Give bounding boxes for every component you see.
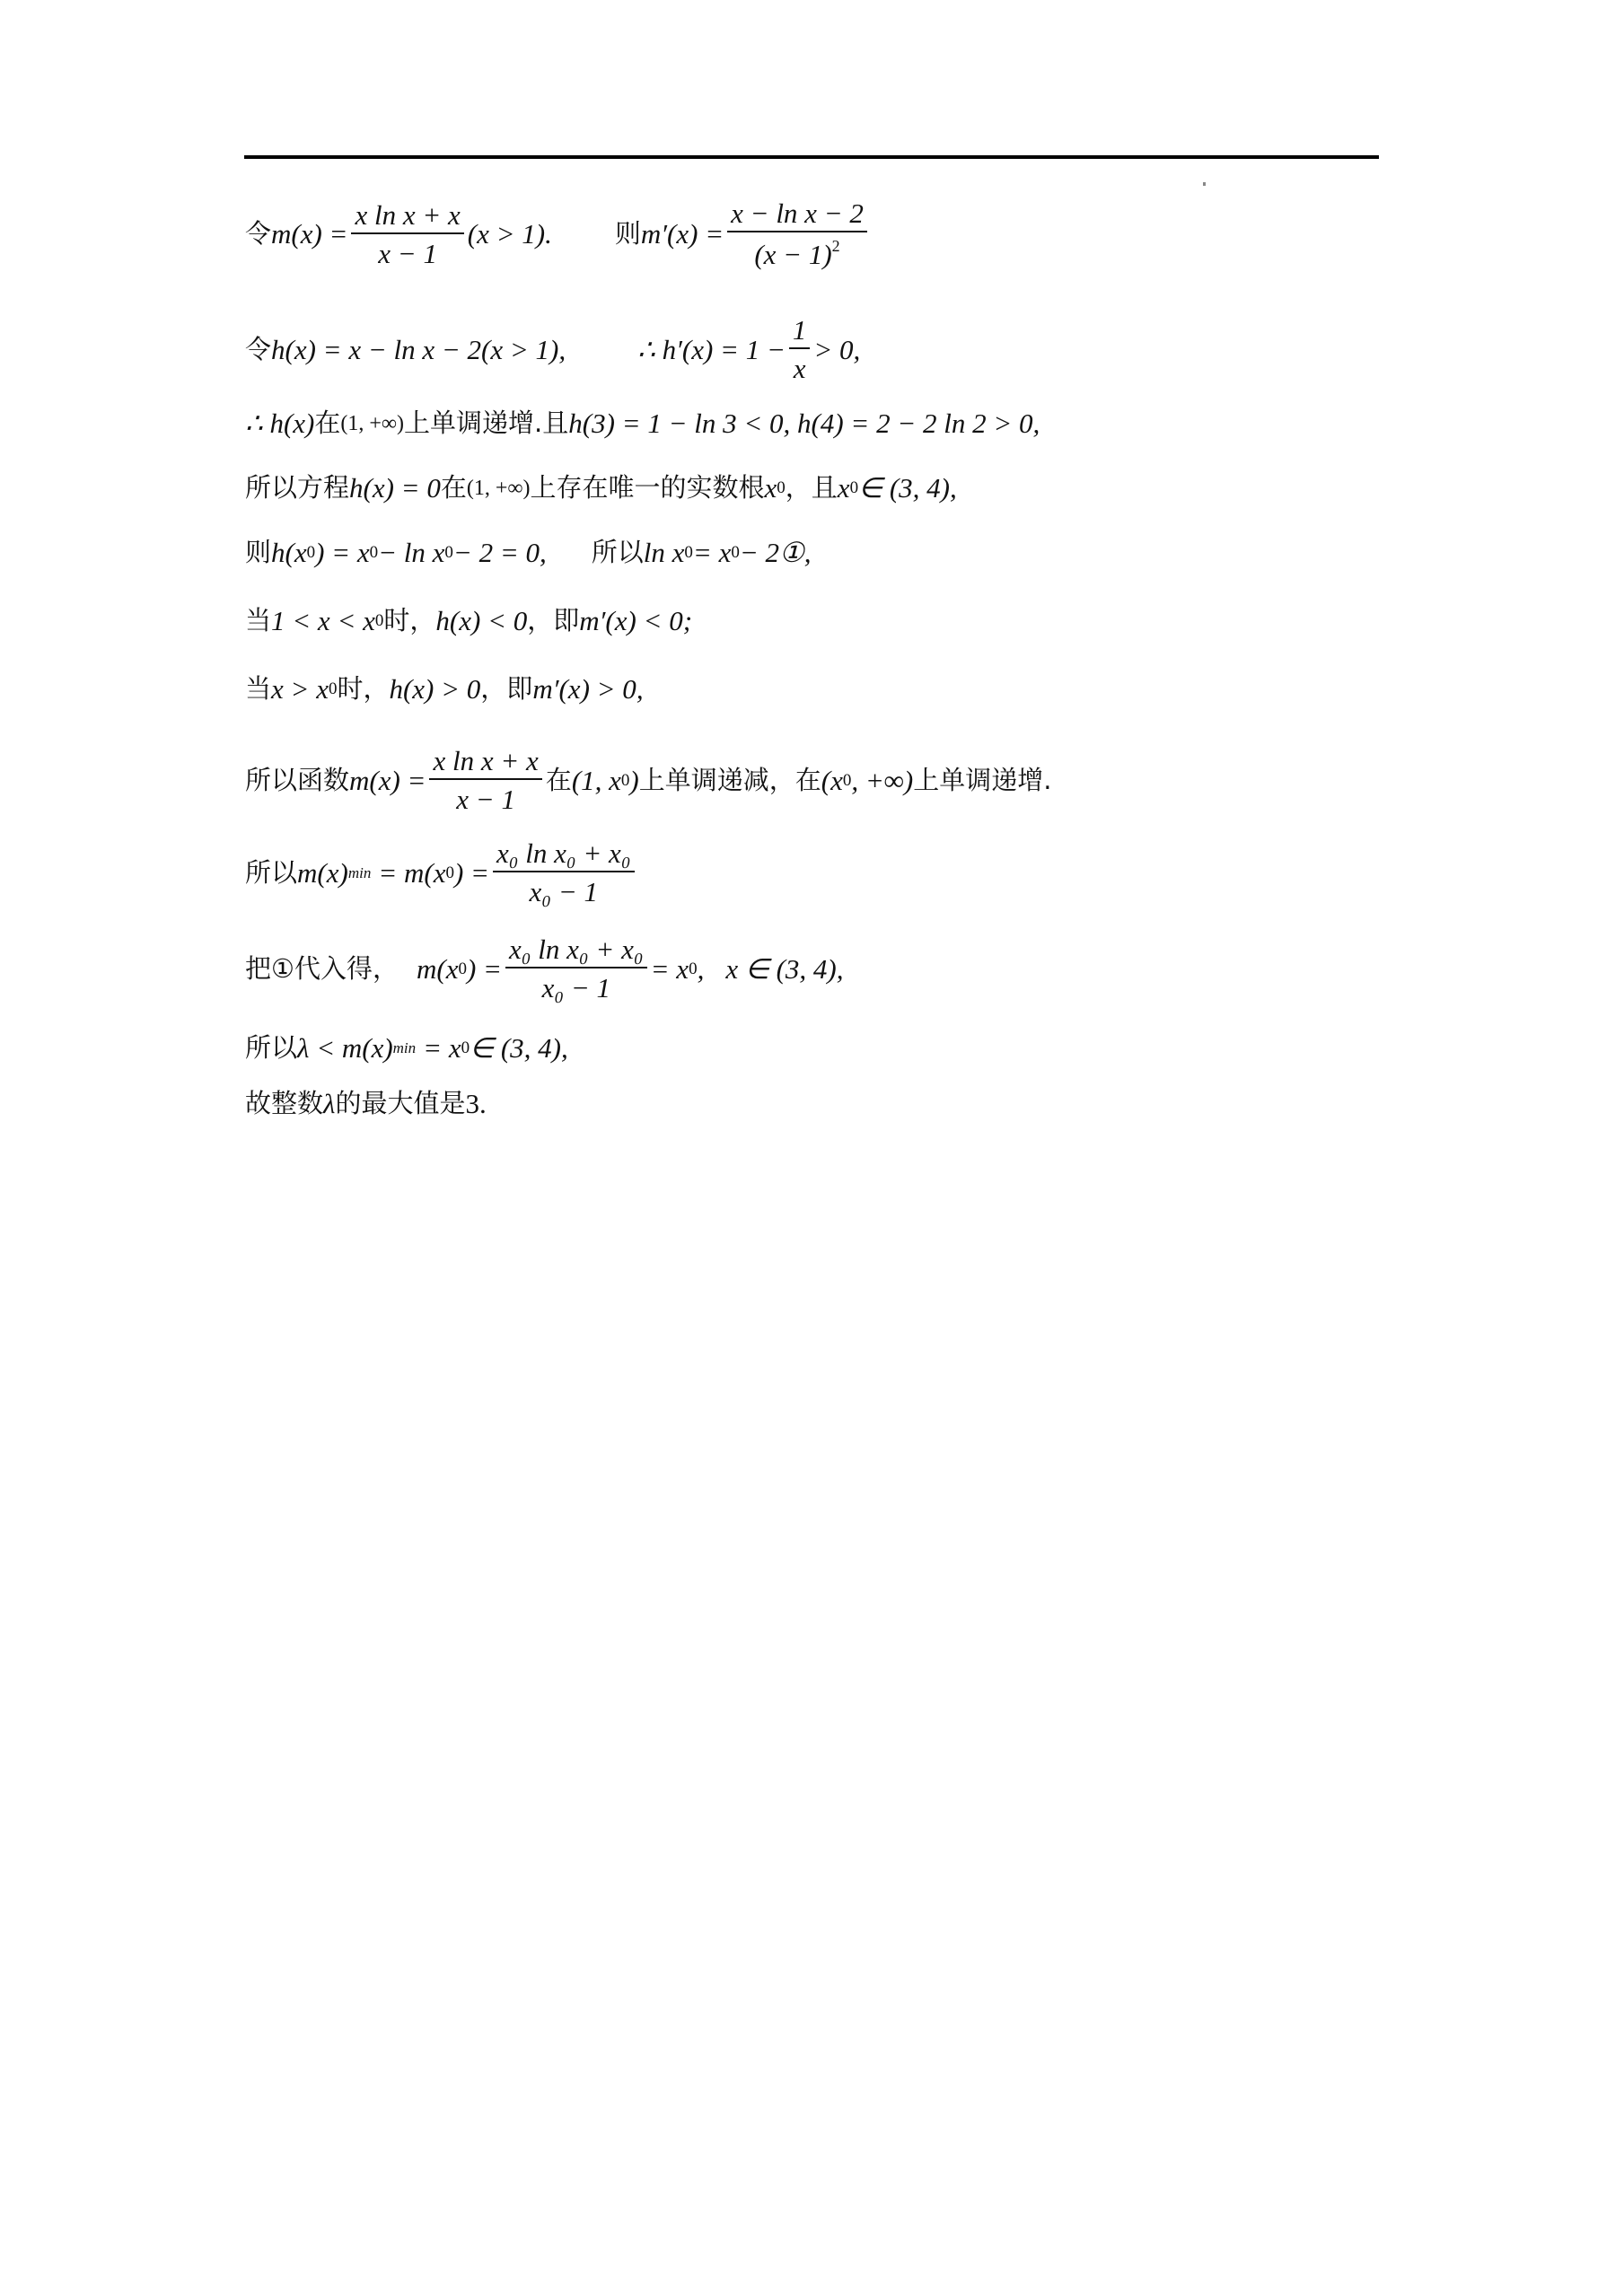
math: ln x (644, 539, 685, 566)
math: = x (693, 539, 731, 566)
text: 则 (245, 539, 271, 565)
subscript: 0 (621, 772, 630, 789)
subscript: 0 (731, 544, 740, 561)
math: ) = (467, 955, 502, 983)
fraction: x ln x + x x − 1 (351, 201, 463, 267)
text: 当 (245, 608, 271, 634)
denominator: x₀ − 1 (539, 968, 614, 1002)
math: ) = x (315, 539, 370, 566)
text: 所以 (245, 860, 297, 886)
math: (1, +∞) (467, 478, 531, 499)
math: x (838, 474, 850, 502)
text: 所以方程 (245, 475, 349, 501)
text: 上存在唯一的实数根 (531, 475, 765, 501)
subscript: 0 (445, 864, 454, 881)
numerator: x₀ ln x₀ + x₀ (505, 935, 647, 968)
math: m(x) = (271, 220, 347, 248)
subscript: 0 (777, 479, 786, 496)
numerator: x ln x + x (351, 201, 463, 234)
math: . (479, 1090, 487, 1117)
subscript: 0 (684, 544, 693, 561)
text: 上单调递增. (913, 767, 1051, 793)
text: 时， (337, 676, 389, 702)
header-rule (244, 155, 1379, 159)
math: m(x (417, 955, 458, 983)
subscript: min (348, 865, 372, 881)
text: 把①代入得， (245, 956, 399, 982)
math: ) = (454, 859, 489, 887)
math: h(x) > 0 (389, 675, 480, 703)
math: ∈ (3, 4), (858, 474, 957, 502)
math: ∈ (3, 4), (470, 1034, 568, 1062)
math: ∴ h′(x) = 1 − (637, 336, 786, 364)
math: m′(x) > 0 (532, 675, 636, 703)
text: 令 (245, 221, 271, 247)
subscript: 0 (444, 544, 453, 561)
subscript: min (393, 1040, 417, 1056)
subscript: 0 (329, 680, 338, 697)
math: , (636, 675, 644, 703)
text: ，且 (786, 475, 838, 501)
math: , +∞) (851, 767, 913, 794)
subscript: 0 (458, 960, 467, 977)
math: h(x (271, 539, 307, 566)
text: 所以函数 (245, 767, 349, 793)
math: h(x) = 0 (349, 474, 441, 502)
math: ) (629, 767, 638, 794)
math: m′(x) = (641, 220, 724, 248)
fraction: x − ln x − 2 (x − 1)2 (727, 199, 867, 268)
fraction: x₀ ln x₀ + x₀ x₀ − 1 (493, 839, 635, 906)
math: (1, +∞) (340, 413, 404, 434)
text: 令 (245, 337, 271, 363)
math: x > x (271, 675, 329, 703)
numerator: 1 (789, 316, 811, 349)
math: h(3) = 1 − ln 3 < 0, h(4) = 2 − 2 ln 2 >… (568, 409, 1040, 437)
text: 的最大值是 (335, 1091, 465, 1117)
text: 在 (546, 767, 572, 793)
math: = x (423, 1034, 461, 1062)
line-case-greater: 当 x > x0 时， h(x) > 0 ，即 m′(x) > 0 , (245, 675, 644, 703)
math: h(x) = x − ln x − 2(x > 1), (271, 336, 566, 364)
math: 3 (465, 1090, 479, 1117)
math: m(x) = (349, 767, 426, 794)
superscript: 2 (832, 237, 840, 255)
line-case-less: 当 1 < x < x0 时， h(x) < 0 ，即 m′(x) < 0 ; (245, 607, 692, 635)
text: 上单调递减，在 (639, 767, 821, 793)
scan-speck (1203, 182, 1206, 186)
subscript: 0 (375, 612, 384, 629)
text: 当 (245, 676, 271, 702)
text: 时， (383, 608, 435, 634)
numerator: x − ln x − 2 (727, 199, 867, 232)
line-m-monotonic: 所以函数 m(x) = x ln x + x x − 1 在 (1, x0) 上… (245, 747, 1051, 813)
line-unique-root: 所以方程 h(x) = 0 在 (1, +∞) 上存在唯一的实数根 x0 ，且 … (245, 474, 957, 502)
denominator: (x − 1)2 (751, 232, 843, 268)
text: ，即 (527, 608, 579, 634)
subscript: 0 (850, 479, 859, 496)
fraction: x₀ ln x₀ + x₀ x₀ − 1 (505, 935, 647, 1002)
text: 故整数 (245, 1091, 323, 1117)
line-root-equation: 则 h(x0 ) = x0 − ln x0 − 2 = 0, 所以 ln x0 … (245, 539, 812, 566)
math: , (698, 955, 705, 983)
math: (x (821, 767, 843, 794)
denominator: x − 1 (452, 780, 519, 813)
line-conclusion: 故整数 λ 的最大值是 3 . (245, 1090, 487, 1117)
math: 1 < x < x (271, 607, 375, 635)
math: ∴ h(x) (245, 409, 314, 437)
text: 则 (615, 221, 641, 247)
math: m(x) (297, 859, 348, 887)
math: ; (683, 607, 692, 635)
line-m-min: 所以 m(x)min = m(x0) = x₀ ln x₀ + x₀ x₀ − … (245, 839, 638, 906)
numerator: x₀ ln x₀ + x₀ (493, 839, 635, 872)
line-define-h: 令 h(x) = x − ln x − 2(x > 1), ∴ h′(x) = … (245, 316, 860, 382)
math: − 2 = 0, (453, 539, 547, 566)
line-substitute: 把①代入得， m(x0) = x₀ ln x₀ + x₀ x₀ − 1 = x0… (245, 935, 844, 1002)
line-define-m: 令 m(x) = x ln x + x x − 1 (x > 1). 则 m′(… (245, 199, 871, 268)
math: h(x) < 0 (435, 607, 527, 635)
math: > 0, (813, 336, 860, 364)
text: 在 (441, 475, 467, 501)
line-lambda-bound: 所以 λ < m(x)min = x0 ∈ (3, 4), (245, 1034, 568, 1062)
subscript: 0 (461, 1039, 470, 1056)
text: 所以 (592, 539, 644, 565)
denominator: x − 1 (374, 234, 441, 267)
math: − ln x (378, 539, 444, 566)
fraction: 1 x (789, 316, 811, 382)
denominator: x₀ − 1 (526, 872, 601, 906)
subscript: 0 (370, 544, 379, 561)
math: m′(x) < 0 (579, 607, 683, 635)
text: ，即 (480, 676, 532, 702)
math: λ < m(x) (297, 1034, 393, 1062)
math: (x > 1). (468, 220, 552, 248)
subscript: 0 (843, 772, 852, 789)
subscript: 0 (307, 544, 316, 561)
math: = x (651, 955, 689, 983)
fraction: x ln x + x x − 1 (429, 747, 541, 813)
text: 在 (314, 410, 340, 436)
subscript: 0 (689, 960, 698, 977)
math: λ (323, 1090, 335, 1117)
numerator: x ln x + x (429, 747, 541, 780)
line-monotonic: ∴ h(x) 在 (1, +∞) 上单调递增.且 h(3) = 1 − ln 3… (245, 409, 1040, 437)
text: 上单调递增.且 (404, 410, 568, 436)
math: = m(x (378, 859, 445, 887)
denominator: x (790, 349, 810, 382)
math: (x − 1) (754, 239, 831, 270)
math: x (765, 474, 777, 502)
math: x ∈ (3, 4), (725, 955, 843, 983)
math: − 2①, (740, 539, 812, 566)
text: 所以 (245, 1035, 297, 1061)
math: (1, x (572, 767, 621, 794)
